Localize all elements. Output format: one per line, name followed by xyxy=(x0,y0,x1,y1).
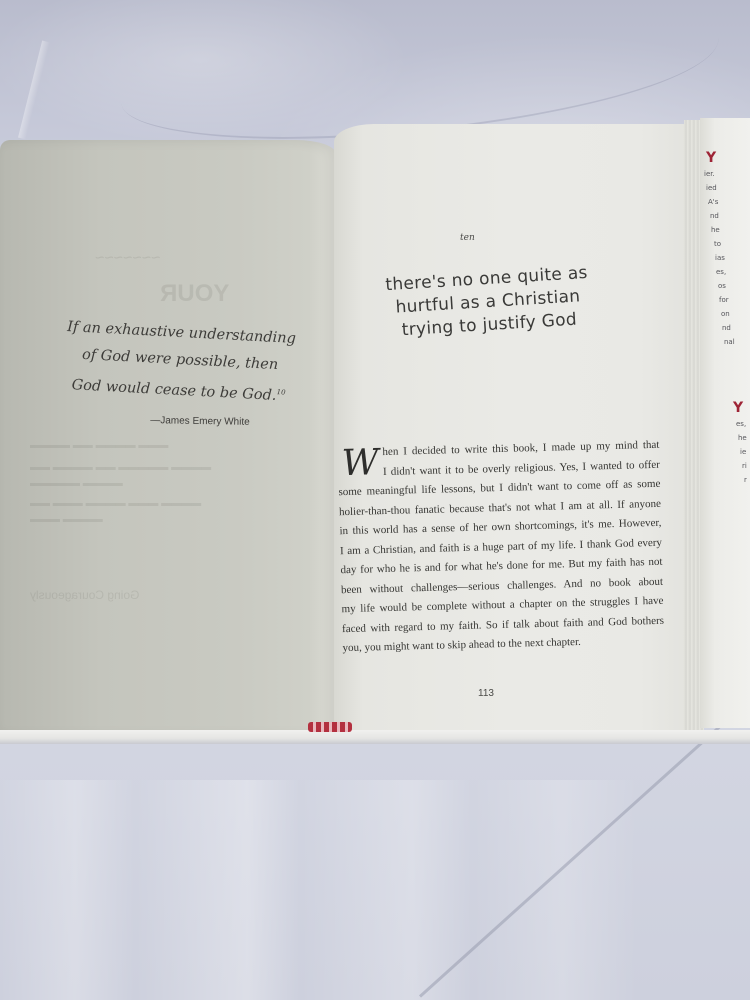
adjacent-letter: Y xyxy=(733,400,743,416)
adjacent-text-fragment: ie xyxy=(740,448,746,456)
adjacent-text-fragment: os xyxy=(718,282,726,290)
adjacent-text-fragment: ied xyxy=(706,184,717,192)
adjacent-text-fragment: nd xyxy=(710,212,719,220)
adjacent-text-fragment: he xyxy=(711,226,720,234)
drop-cap: W xyxy=(341,447,379,480)
adjacent-text-fragment: es, xyxy=(736,420,746,428)
adjacent-text-fragment: he xyxy=(738,434,747,442)
bleed-through-text: ~~~~~~~ xyxy=(95,250,160,268)
adjacent-text-fragment: ias xyxy=(715,254,725,262)
headband xyxy=(308,722,352,732)
epigraph-quote: If an exhaustive understanding of God we… xyxy=(58,314,302,411)
adjacent-text-fragment: nd xyxy=(722,324,731,332)
chapter-number: ten xyxy=(460,233,475,243)
bleed-through-heading: Going Courageously xyxy=(30,588,300,602)
bleed-through-line: ▬▬▬▬ ▬▬▬▬▬ ▬▬ ▬▬▬▬ ▬▬ xyxy=(30,462,300,473)
adjacent-letter: Y xyxy=(706,150,716,166)
chapter-body: W hen I decided to write this book, I ma… xyxy=(337,436,665,659)
adjacent-text-fragment: ier. xyxy=(704,170,715,178)
adjacent-text-fragment: on xyxy=(721,310,730,318)
footnote-marker: 10 xyxy=(276,388,285,396)
sheet-folds-lower xyxy=(0,780,750,1000)
open-book: ~~~~~~~ YOUR ▬▬▬ ▬▬▬▬ ▬▬ ▬▬▬▬ ▬▬▬▬ ▬▬▬▬▬… xyxy=(0,118,750,758)
page-number: 113 xyxy=(478,688,494,699)
adjacent-text-fragment: ri xyxy=(742,462,747,470)
adjacent-text-fragment: for xyxy=(719,296,729,304)
chapter-title: there's no one quite as hurtful as a Chr… xyxy=(366,261,610,345)
bleed-through-title: YOUR xyxy=(160,280,229,308)
adjacent-text-fragment: nal xyxy=(724,338,735,346)
adjacent-text-fragment: r xyxy=(744,476,747,484)
epigraph-attribution: —James Emery White xyxy=(120,415,280,429)
adjacent-text-fragment: A's xyxy=(708,198,718,206)
adjacent-text-fragment: to xyxy=(714,240,721,248)
bleed-through-line: ▬▬▬▬ ▬▬▬ xyxy=(30,514,300,525)
adjacent-book-page: Y ier. ied A's nd he to ias es, os for o… xyxy=(700,118,750,728)
adjacent-text-fragment: es, xyxy=(716,268,726,276)
book-bottom-edge xyxy=(0,730,750,744)
left-page: ~~~~~~~ YOUR ▬▬▬ ▬▬▬▬ ▬▬ ▬▬▬▬ ▬▬▬▬ ▬▬▬▬▬… xyxy=(0,140,336,736)
bleed-through-line: ▬▬▬▬ ▬▬▬ ▬▬▬▬ ▬▬▬ ▬▬ xyxy=(30,498,300,509)
bleed-through-line: ▬▬▬ ▬▬▬▬ ▬▬ ▬▬▬▬ xyxy=(30,440,300,451)
bleed-through-line: ▬▬▬▬ ▬▬▬▬▬ xyxy=(30,478,300,489)
